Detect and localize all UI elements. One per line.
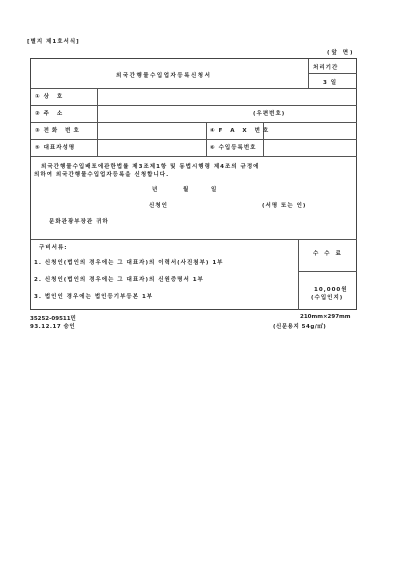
date-month-label: 월: [183, 185, 189, 193]
field-label-import-reg-no: ⑥ 수입등록번호: [210, 143, 256, 151]
phone-field[interactable]: [98, 123, 205, 139]
approval-date: 93.12.17 승인: [30, 322, 75, 330]
field-label-address: ② 주 소: [35, 109, 65, 117]
field-label-fax: ④ F A X 번호: [210, 126, 271, 134]
statement-line-2: 의하여 외국간행물수입업자등록을 신청합니다.: [34, 170, 169, 178]
required-documents-heading: 구비서류:: [39, 243, 67, 251]
date-year-label: 년: [152, 185, 158, 193]
date-day-label: 일: [211, 185, 217, 193]
side-label: (앞 면): [327, 48, 355, 56]
required-document-2: 2. 신청인(법인의 경우에는 그 대표자)의 신원증명서 1부: [34, 275, 204, 283]
address-field[interactable]: [98, 106, 356, 122]
required-document-1: 1. 신청인(법인의 경우에는 그 대표자)의 이력서(사진첨부) 1부: [34, 258, 224, 266]
import-registration-number-field[interactable]: [264, 140, 356, 156]
field-label-representative: ⑤ 대표자성명: [35, 143, 75, 151]
processing-period-label: 처리기간: [313, 63, 338, 71]
fee-label: 수 수 료: [313, 249, 343, 257]
fee-amount: 10,000원: [314, 285, 348, 293]
field-label-phone: ③ 전화 번호: [35, 126, 82, 134]
paper-type: (신문용지 54g/㎡): [273, 322, 326, 330]
processing-period-value: 3 일: [323, 78, 337, 86]
fax-field[interactable]: [264, 123, 356, 139]
representative-name-field[interactable]: [98, 140, 205, 156]
company-name-field[interactable]: [98, 89, 356, 105]
field-label-company: ① 상 호: [35, 92, 65, 100]
form-title: 외국간행물수입업자등록신청서: [116, 71, 211, 79]
application-form-table: 외국간행물수입업자등록신청서 처리기간 3 일 ① 상 호 ② 주 소 (우편번…: [30, 58, 357, 310]
form-code: 35252-09511민: [30, 314, 76, 322]
postal-code-label: (우편번호): [253, 109, 285, 117]
statement-line-1: 외국간행물수입배포에관한법률 제3조제1항 및 동법시행령 제4조의 규정에: [41, 162, 259, 170]
addressee: 문화관광부장관 귀하: [49, 217, 109, 225]
required-document-3: 3. 법인인 경우에는 법인등기부등본 1부: [34, 292, 153, 300]
paper-size: 210mm×297mm: [300, 314, 351, 320]
applicant-label: 신청인: [149, 201, 168, 209]
fee-note: (수입인지): [311, 293, 343, 301]
signature-label: (서명 또는 인): [262, 201, 306, 209]
form-label: [별지 제1호서식]: [27, 37, 80, 45]
